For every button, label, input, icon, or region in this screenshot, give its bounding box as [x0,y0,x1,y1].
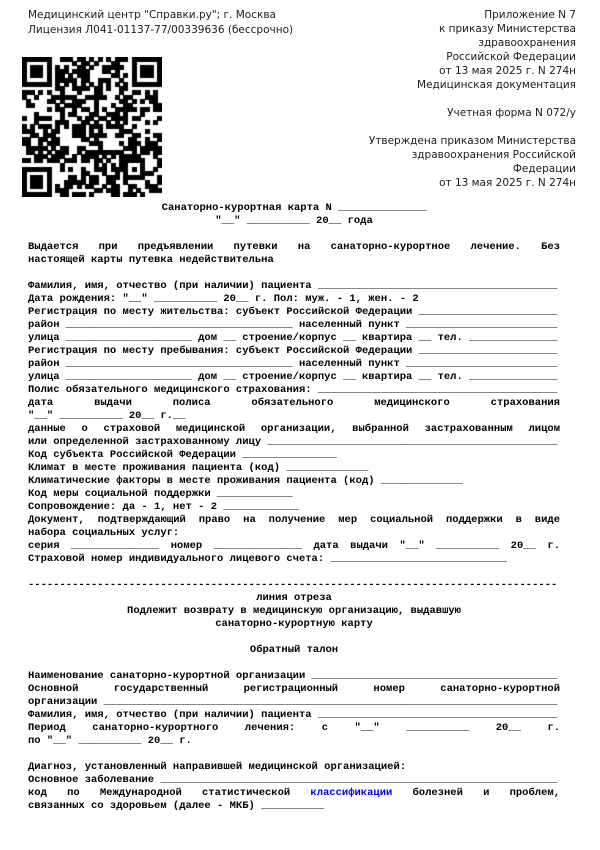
field-insurer-data: данные о страховой медицинской организац… [28,423,560,436]
field-support-document-cont: набора социальных услуг: [28,527,560,540]
field-registration-residence: Регистрация по месту жительства: субъект… [28,306,560,319]
form-number: Учетная форма N 072/у [369,106,576,120]
field-street-house: улица ____________________ дом __ строен… [28,371,560,384]
appendix-line: к приказу Министерства [369,22,576,36]
field-birth-date-sex: Дата рождения: "__" __________ 20__ г. П… [28,293,560,306]
appendix-line: от 13 мая 2025 г. N 274н [369,64,576,78]
spacer [369,92,576,106]
field-support-document: Документ, подтверждающий право на получе… [28,514,560,527]
field-snils: Страховой номер индивидуального лицевого… [28,553,560,566]
field-accompaniment: Сопровождение: да - 1, нет - 2 _________… [28,501,560,514]
reference-header: Приложение N 7 к приказу Министерства зд… [369,8,576,190]
field-street-house: улица ____________________ дом __ строен… [28,332,560,345]
mkb-line: код по Международной статистической клас… [28,787,560,800]
clinic-license: Лицензия Л041-01137-77/00339636 (бессроч… [28,23,293,38]
coupon-ogrn: Основной государственный регистрационный… [28,683,560,696]
field-region-code: Код субъекта Российской Федерации ______… [28,449,560,462]
card-date-line: "__" __________ 20__ года [28,215,560,228]
field-series-number-date: серия ______________ номер _____________… [28,540,560,553]
intro-line: настоящей карты путевка недействительна [28,254,560,267]
field-climate-factors: Климатические факторы в месте проживания… [28,475,560,488]
approved-line: от 13 мая 2025 г. N 274н [369,176,576,190]
diagnosis-heading: Диагноз, установленный направившей медиц… [28,761,560,774]
appendix-line: Приложение N 7 [369,8,576,22]
clinic-name: Медицинский центр "Справки.ру"; г. Москв… [28,8,293,23]
form-body: Санаторно-курортная карта N ____________… [28,202,560,813]
coupon-treatment-period-to: по "__" __________ 20__ г. [28,735,560,748]
main-disease-line: Основное заболевание ___________________… [28,774,560,787]
field-oms-issue-date: "__" __________ 20__ г.__ [28,410,560,423]
spacer [28,228,560,241]
field-climate: Климат в месте проживания пациента (код)… [28,462,560,475]
document-page: Медицинский центр "Справки.ру"; г. Москв… [0,0,600,850]
field-oms-issue-caption: дата выдачи полиса обязательного медицин… [28,397,560,410]
spacer [28,631,560,644]
return-note-line: Подлежит возврату в медицинскую организа… [28,605,560,618]
mkb-text-before: код по Международной статистической [28,787,310,799]
appendix-line: здравоохранения [369,36,576,50]
field-district-settlement: район __________________________________… [28,358,560,371]
mkb-text-after: болезней и проблем, [392,787,560,799]
spacer [28,267,560,280]
intro-line: Выдается при предъявлении путевки на сан… [28,241,560,254]
spacer [28,566,560,579]
appendix-line: Российской Федерации [369,50,576,64]
return-note-line: санаторно-курортную карту [28,618,560,631]
cut-line-label: линия отреза [28,592,560,605]
field-support-code: Код меры социальной поддержки __________… [28,488,560,501]
approved-line: здравоохранения Российской [369,148,576,162]
spacer [28,748,560,761]
spacer [369,120,576,134]
coupon-organization-name: Наименование санаторно-курортной организ… [28,670,560,683]
card-title: Санаторно-курортная карта N ____________… [28,202,560,215]
coupon-ogrn-cont: организации ____________________________… [28,696,560,709]
clinic-header: Медицинский центр "Справки.ру"; г. Москв… [28,8,293,38]
field-insurer-data-cont: или определенной застрахованному лицу __… [28,436,560,449]
field-oms-policy: Полис обязательного медицинского страхов… [28,384,560,397]
appendix-line: Медицинская документация [369,78,576,92]
cut-dashes: ----------------------------------------… [28,579,560,592]
qr-code-icon [22,57,162,197]
spacer [28,657,560,670]
field-fio: Фамилия, имя, отчество (при наличии) пац… [28,280,560,293]
mkb-classification-link[interactable]: классификации [310,787,392,799]
coupon-treatment-period-from: Период санаторно-курортного лечения: с "… [28,722,560,735]
field-district-settlement: район __________________________________… [28,319,560,332]
coupon-title: Обратный талон [28,644,560,657]
approved-line: Федерации [369,162,576,176]
mkb-tail-line: связанных со здоровьем (далее - МКБ) ___… [28,800,560,813]
approved-line: Утверждена приказом Министерства [369,134,576,148]
coupon-fio: Фамилия, имя, отчество (при наличии) пац… [28,709,560,722]
field-registration-stay: Регистрация по месту пребывания: субъект… [28,345,560,358]
